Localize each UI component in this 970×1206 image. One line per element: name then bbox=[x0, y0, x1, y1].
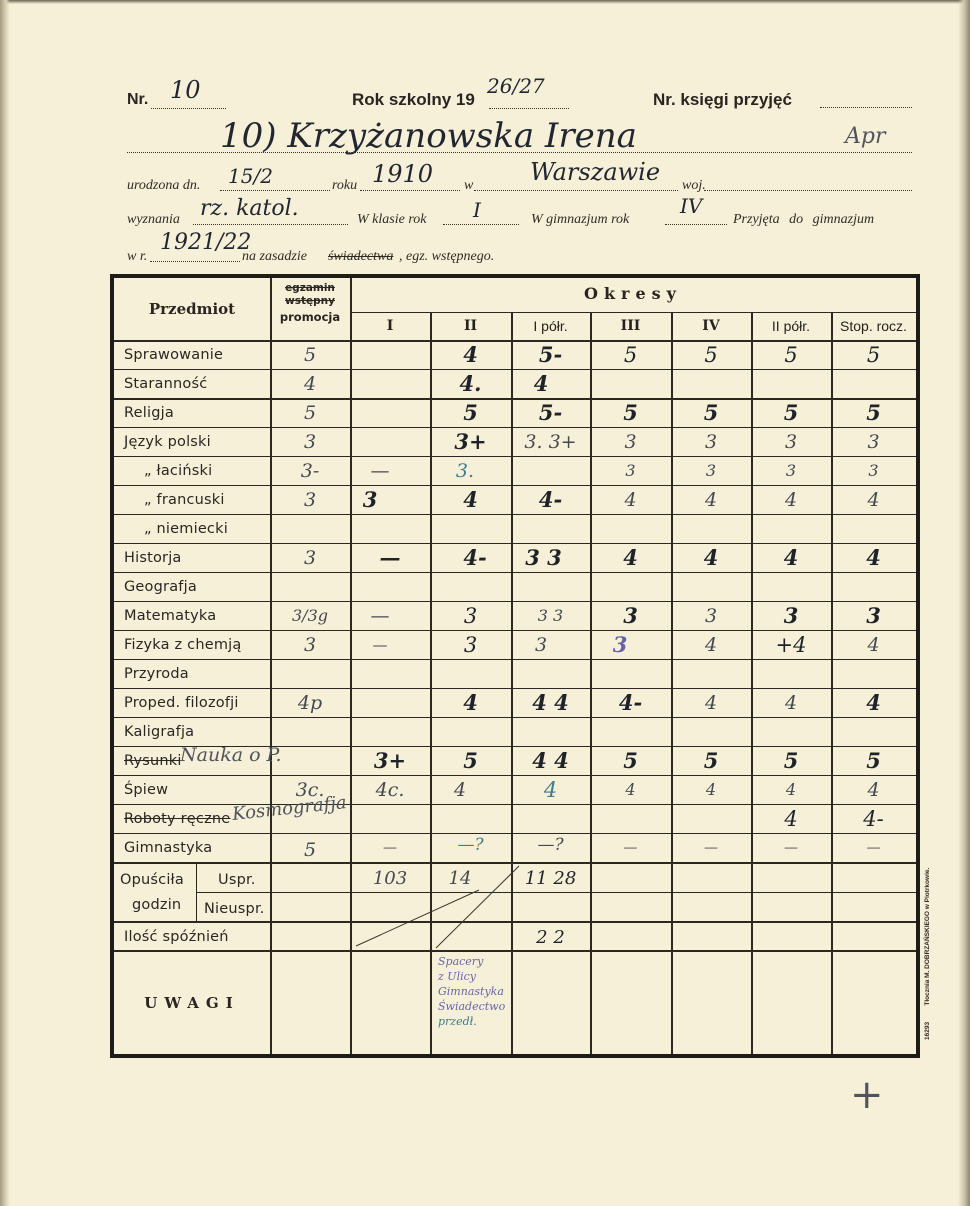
religion-value: rz. katol. bbox=[200, 196, 299, 221]
exam-header-struck-2: wstępny bbox=[270, 295, 350, 307]
grade-cell: 3 bbox=[751, 457, 831, 485]
class-year-label: W klasie rok bbox=[357, 212, 426, 228]
subject-label: Staranność bbox=[124, 376, 207, 392]
grade-cell: 4 4 bbox=[511, 747, 590, 775]
gymnasium-year-value: IV bbox=[680, 194, 702, 218]
grade-cell: 3 bbox=[751, 428, 831, 456]
grade-cell: 5 bbox=[671, 747, 751, 775]
grade-cell: 4 bbox=[590, 544, 671, 572]
subject-label: Język polski bbox=[124, 434, 211, 450]
class-year-value: I bbox=[473, 198, 481, 222]
grade-cell: 5 bbox=[590, 341, 671, 369]
grade-cell: 4 bbox=[671, 544, 751, 572]
grade-cell: 5 bbox=[831, 399, 916, 427]
grade-cell: 5 bbox=[831, 747, 916, 775]
subject-label: Matematyka bbox=[124, 608, 216, 624]
grade-cell: — bbox=[350, 602, 410, 630]
grade-cell: 3 bbox=[350, 486, 390, 514]
admitted-year: 1921/22 bbox=[160, 230, 251, 255]
religion-label: wyznania bbox=[127, 212, 180, 228]
excused-hours-I-polr: 11 28 bbox=[511, 865, 590, 893]
grade-cell: 5 bbox=[751, 747, 831, 775]
remarks-note-line: z Ulicy bbox=[438, 969, 505, 984]
grade-cell: 5 bbox=[671, 341, 751, 369]
grades-table: Przedmiot egzamin wstępny promocja Okres… bbox=[110, 274, 920, 1058]
grade-cell: 3 bbox=[831, 602, 916, 630]
grade-cell: 3. 3+ bbox=[511, 428, 590, 456]
page-edge-right bbox=[958, 0, 970, 1206]
grade-cell: — bbox=[671, 834, 751, 862]
grade-cell: 3 bbox=[751, 602, 831, 630]
subject-label: Gimnastyka bbox=[124, 840, 212, 856]
grade-cell: 4- bbox=[831, 805, 916, 833]
subject-label-struck: Roboty ręczne bbox=[124, 811, 230, 827]
grade-cell: 3 bbox=[270, 631, 350, 659]
grade-cell: 5 bbox=[430, 399, 511, 427]
subject-label: „ niemiecki bbox=[144, 521, 228, 537]
grade-cell: 5 bbox=[270, 341, 350, 369]
grade-cell: 3 bbox=[590, 457, 671, 485]
grade-cell: 4 bbox=[511, 776, 590, 804]
grade-cell: 3 bbox=[590, 631, 650, 659]
student-name: 10) Krzyżanowska Irena bbox=[220, 116, 637, 156]
margin-note: Apr bbox=[845, 124, 886, 149]
born-day-underline bbox=[220, 190, 330, 191]
basis-rest: , egz. wstępnego. bbox=[399, 249, 494, 265]
class-year-underline bbox=[443, 224, 519, 225]
grade-cell: 4 bbox=[430, 689, 511, 717]
grade-cell: 5 bbox=[270, 836, 350, 864]
grade-cell: 3 bbox=[430, 602, 511, 630]
grade-cell: 3 bbox=[671, 457, 751, 485]
subject-label: Przyroda bbox=[124, 666, 189, 682]
nr-underline bbox=[151, 108, 226, 109]
excused-hours-II: 14 bbox=[430, 865, 490, 893]
subject-label: Historja bbox=[124, 550, 182, 566]
subject-label: Religja bbox=[124, 405, 174, 421]
subject-label: Geografja bbox=[124, 579, 197, 595]
periods-header: Okresy bbox=[350, 284, 916, 303]
subject-label: Proped. filozofji bbox=[124, 695, 239, 711]
grade-cell: 4 bbox=[270, 370, 350, 398]
grade-cell: 5 bbox=[430, 747, 511, 775]
excused-label: Uspr. bbox=[218, 872, 256, 888]
form-number: 16293 bbox=[924, 1022, 931, 1040]
grade-cell: 5- bbox=[511, 399, 590, 427]
religion-underline bbox=[193, 224, 348, 225]
page-edge-left bbox=[0, 0, 10, 1206]
grade-cell: 4- bbox=[511, 486, 590, 514]
grade-cell: 5 bbox=[831, 341, 916, 369]
printer-name: Tłocznia M. DOBRZAŃSKIEGO w Piotrkowie. bbox=[924, 868, 931, 1006]
grade-cell: 3 3 bbox=[511, 602, 590, 630]
grade-cell: 4 bbox=[671, 631, 751, 659]
absence-label-2: godzin bbox=[132, 897, 181, 913]
school-year-underline bbox=[489, 108, 569, 109]
grade-cell: 4- bbox=[590, 689, 671, 717]
grade-cell: 4 bbox=[831, 776, 916, 804]
grade-cell: 3 3 bbox=[504, 544, 583, 572]
remarks-note: Spacery z Ulicy Gimnastyka Świadectwo pr… bbox=[438, 954, 505, 1029]
subject-label-struck: Rysunki bbox=[124, 753, 182, 769]
grade-cell: 4 bbox=[831, 689, 916, 717]
born-place: Warszawie bbox=[530, 158, 660, 186]
grade-cell: 4 bbox=[430, 776, 490, 804]
grade-cell: 4 bbox=[751, 776, 831, 804]
grade-cell: 4 bbox=[430, 486, 511, 514]
grade-cell: 4 bbox=[671, 486, 751, 514]
grade-cell: 3 bbox=[831, 428, 916, 456]
grade-cell: 5 bbox=[671, 399, 751, 427]
exam-header-struck-1: egzamin bbox=[270, 282, 350, 294]
unexcused-label: Nieuspr. bbox=[204, 901, 265, 917]
name-underline bbox=[127, 152, 912, 153]
grade-cell: 4 bbox=[751, 486, 831, 514]
col-header-annual: Stop. rocz. bbox=[831, 318, 916, 334]
grade-cell: 5 bbox=[270, 399, 350, 427]
grade-cell: 3 bbox=[270, 544, 350, 572]
year-label: roku bbox=[332, 178, 357, 194]
grade-cell: —? bbox=[511, 831, 590, 859]
grade-cell: 4 bbox=[671, 689, 751, 717]
grade-cell: 3 bbox=[590, 428, 671, 456]
grade-cell: 4 bbox=[831, 631, 916, 659]
grade-cell: 3/3g bbox=[270, 602, 350, 630]
printer-imprint: 16293 Tłocznia M. DOBRZAŃSKIEGO w Piotrk… bbox=[924, 868, 931, 1040]
grade-cell: 3+ bbox=[430, 428, 511, 456]
admitted-year-underline bbox=[150, 261, 240, 262]
grade-cell: — bbox=[350, 834, 430, 862]
excused-hours-I: 103 bbox=[350, 865, 430, 893]
grade-cell: 4 bbox=[511, 370, 571, 398]
grade-cell: 4 bbox=[831, 486, 916, 514]
subject-label: Śpiew bbox=[124, 782, 168, 798]
born-place-underline bbox=[474, 190, 678, 191]
grade-cell: 4 4 bbox=[511, 689, 590, 717]
born-label: urodzona dn. bbox=[127, 178, 200, 194]
grade-cell: 4 bbox=[831, 544, 916, 572]
grade-cell: 5- bbox=[511, 341, 590, 369]
grade-cell: 4c. bbox=[350, 776, 430, 804]
grade-cell: 5 bbox=[751, 341, 831, 369]
grade-cell: 4 bbox=[751, 805, 831, 833]
col-header-I-polrocze: I półr. bbox=[511, 318, 590, 334]
grade-cell: 3+ bbox=[350, 747, 430, 775]
remarks-note-line: przedł. bbox=[438, 1014, 505, 1029]
subject-header: Przedmiot bbox=[114, 300, 270, 318]
born-day: 15/2 bbox=[228, 164, 273, 188]
late-label: Ilość spóźnień bbox=[124, 929, 229, 945]
grade-cell: 3 bbox=[590, 602, 671, 630]
admitted-label: Przyjęta do gimnazjum bbox=[733, 212, 874, 228]
grade-cell: +4 bbox=[751, 631, 831, 659]
grade-cell: —? bbox=[430, 831, 511, 859]
late-count-I-polr: 2 2 bbox=[511, 924, 590, 952]
page-edge-top bbox=[0, 0, 970, 4]
subject-label: Fizyka z chemją bbox=[124, 637, 242, 653]
grade-cell: 5 bbox=[590, 747, 671, 775]
footer-cross-mark: + bbox=[850, 1072, 884, 1118]
grade-cell: — bbox=[751, 834, 831, 862]
nr-label: Nr. bbox=[127, 91, 148, 109]
grade-cell: 3 bbox=[270, 428, 350, 456]
col-header-I: I bbox=[350, 318, 430, 334]
exam-header: promocja bbox=[270, 310, 350, 324]
grade-cell: 3c. bbox=[270, 776, 350, 804]
basis-label: na zasadzie bbox=[242, 249, 307, 265]
remarks-label: UWAGI bbox=[114, 994, 270, 1012]
grade-cell: 4 bbox=[590, 486, 671, 514]
remarks-note-line: Gimnastyka bbox=[438, 984, 505, 999]
remarks-note-line: Spacery bbox=[438, 954, 505, 969]
admission-book-label: Nr. księgi przyjęć bbox=[653, 90, 792, 110]
nr-value: 10 bbox=[170, 76, 201, 104]
grade-cell: 3- bbox=[270, 457, 350, 485]
grade-cell: — bbox=[831, 834, 916, 862]
voivodeship-label: woj. bbox=[682, 178, 706, 194]
grade-cell: 4 bbox=[751, 544, 831, 572]
born-year: 1910 bbox=[372, 160, 433, 188]
grade-cell: 5 bbox=[751, 399, 831, 427]
remarks-note-line: Świadectwo bbox=[438, 999, 505, 1014]
school-year-value: 26/27 bbox=[487, 74, 545, 98]
subject-label: „ łaciński bbox=[144, 463, 212, 479]
admission-book-underline bbox=[820, 107, 912, 108]
grade-cell: 4 bbox=[430, 341, 511, 369]
gymnasium-year-label: W gimnazjum rok bbox=[531, 212, 629, 228]
voivodeship-underline bbox=[704, 190, 912, 191]
grade-cell: 3 bbox=[270, 486, 350, 514]
grade-cell: — bbox=[350, 457, 410, 485]
subject-label: Kaligrafja bbox=[124, 724, 194, 740]
col-header-II-polrocze: II półr. bbox=[751, 318, 831, 334]
basis-struck: świadectwa bbox=[328, 249, 393, 265]
grade-cell: 5 bbox=[590, 399, 671, 427]
col-header-IV: IV bbox=[671, 318, 751, 334]
subject-label: „ francuski bbox=[144, 492, 225, 508]
grade-cell: 3 bbox=[511, 631, 571, 659]
grade-cell: 3 bbox=[671, 602, 751, 630]
grade-cell: 3 bbox=[430, 631, 511, 659]
grade-cell: 3. bbox=[430, 457, 500, 485]
col-header-III: III bbox=[590, 318, 671, 334]
grade-cell: 4. bbox=[430, 370, 511, 398]
grade-cell: 4p bbox=[270, 689, 350, 717]
col-header-II: II bbox=[430, 318, 511, 334]
grade-cell: 3 bbox=[671, 428, 751, 456]
grade-cell: 4 bbox=[671, 776, 751, 804]
gymnasium-year-underline bbox=[665, 224, 727, 225]
school-year-label: Rok szkolny 19 bbox=[352, 90, 475, 110]
in-year-label: w r. bbox=[127, 249, 147, 265]
grade-cell: — bbox=[590, 834, 671, 862]
grade-cell: — bbox=[350, 544, 430, 572]
absence-label-1: Opuściła bbox=[120, 872, 184, 888]
grade-cell: 4 bbox=[590, 776, 671, 804]
grade-cell: 3 bbox=[831, 457, 916, 485]
born-year-underline bbox=[360, 190, 460, 191]
in-label: w bbox=[464, 178, 473, 194]
subject-label: Sprawowanie bbox=[124, 347, 223, 363]
subject-label-handwritten: Nauka o P. bbox=[180, 744, 282, 766]
grade-cell: 4 bbox=[751, 689, 831, 717]
grade-cell: — bbox=[350, 631, 410, 659]
